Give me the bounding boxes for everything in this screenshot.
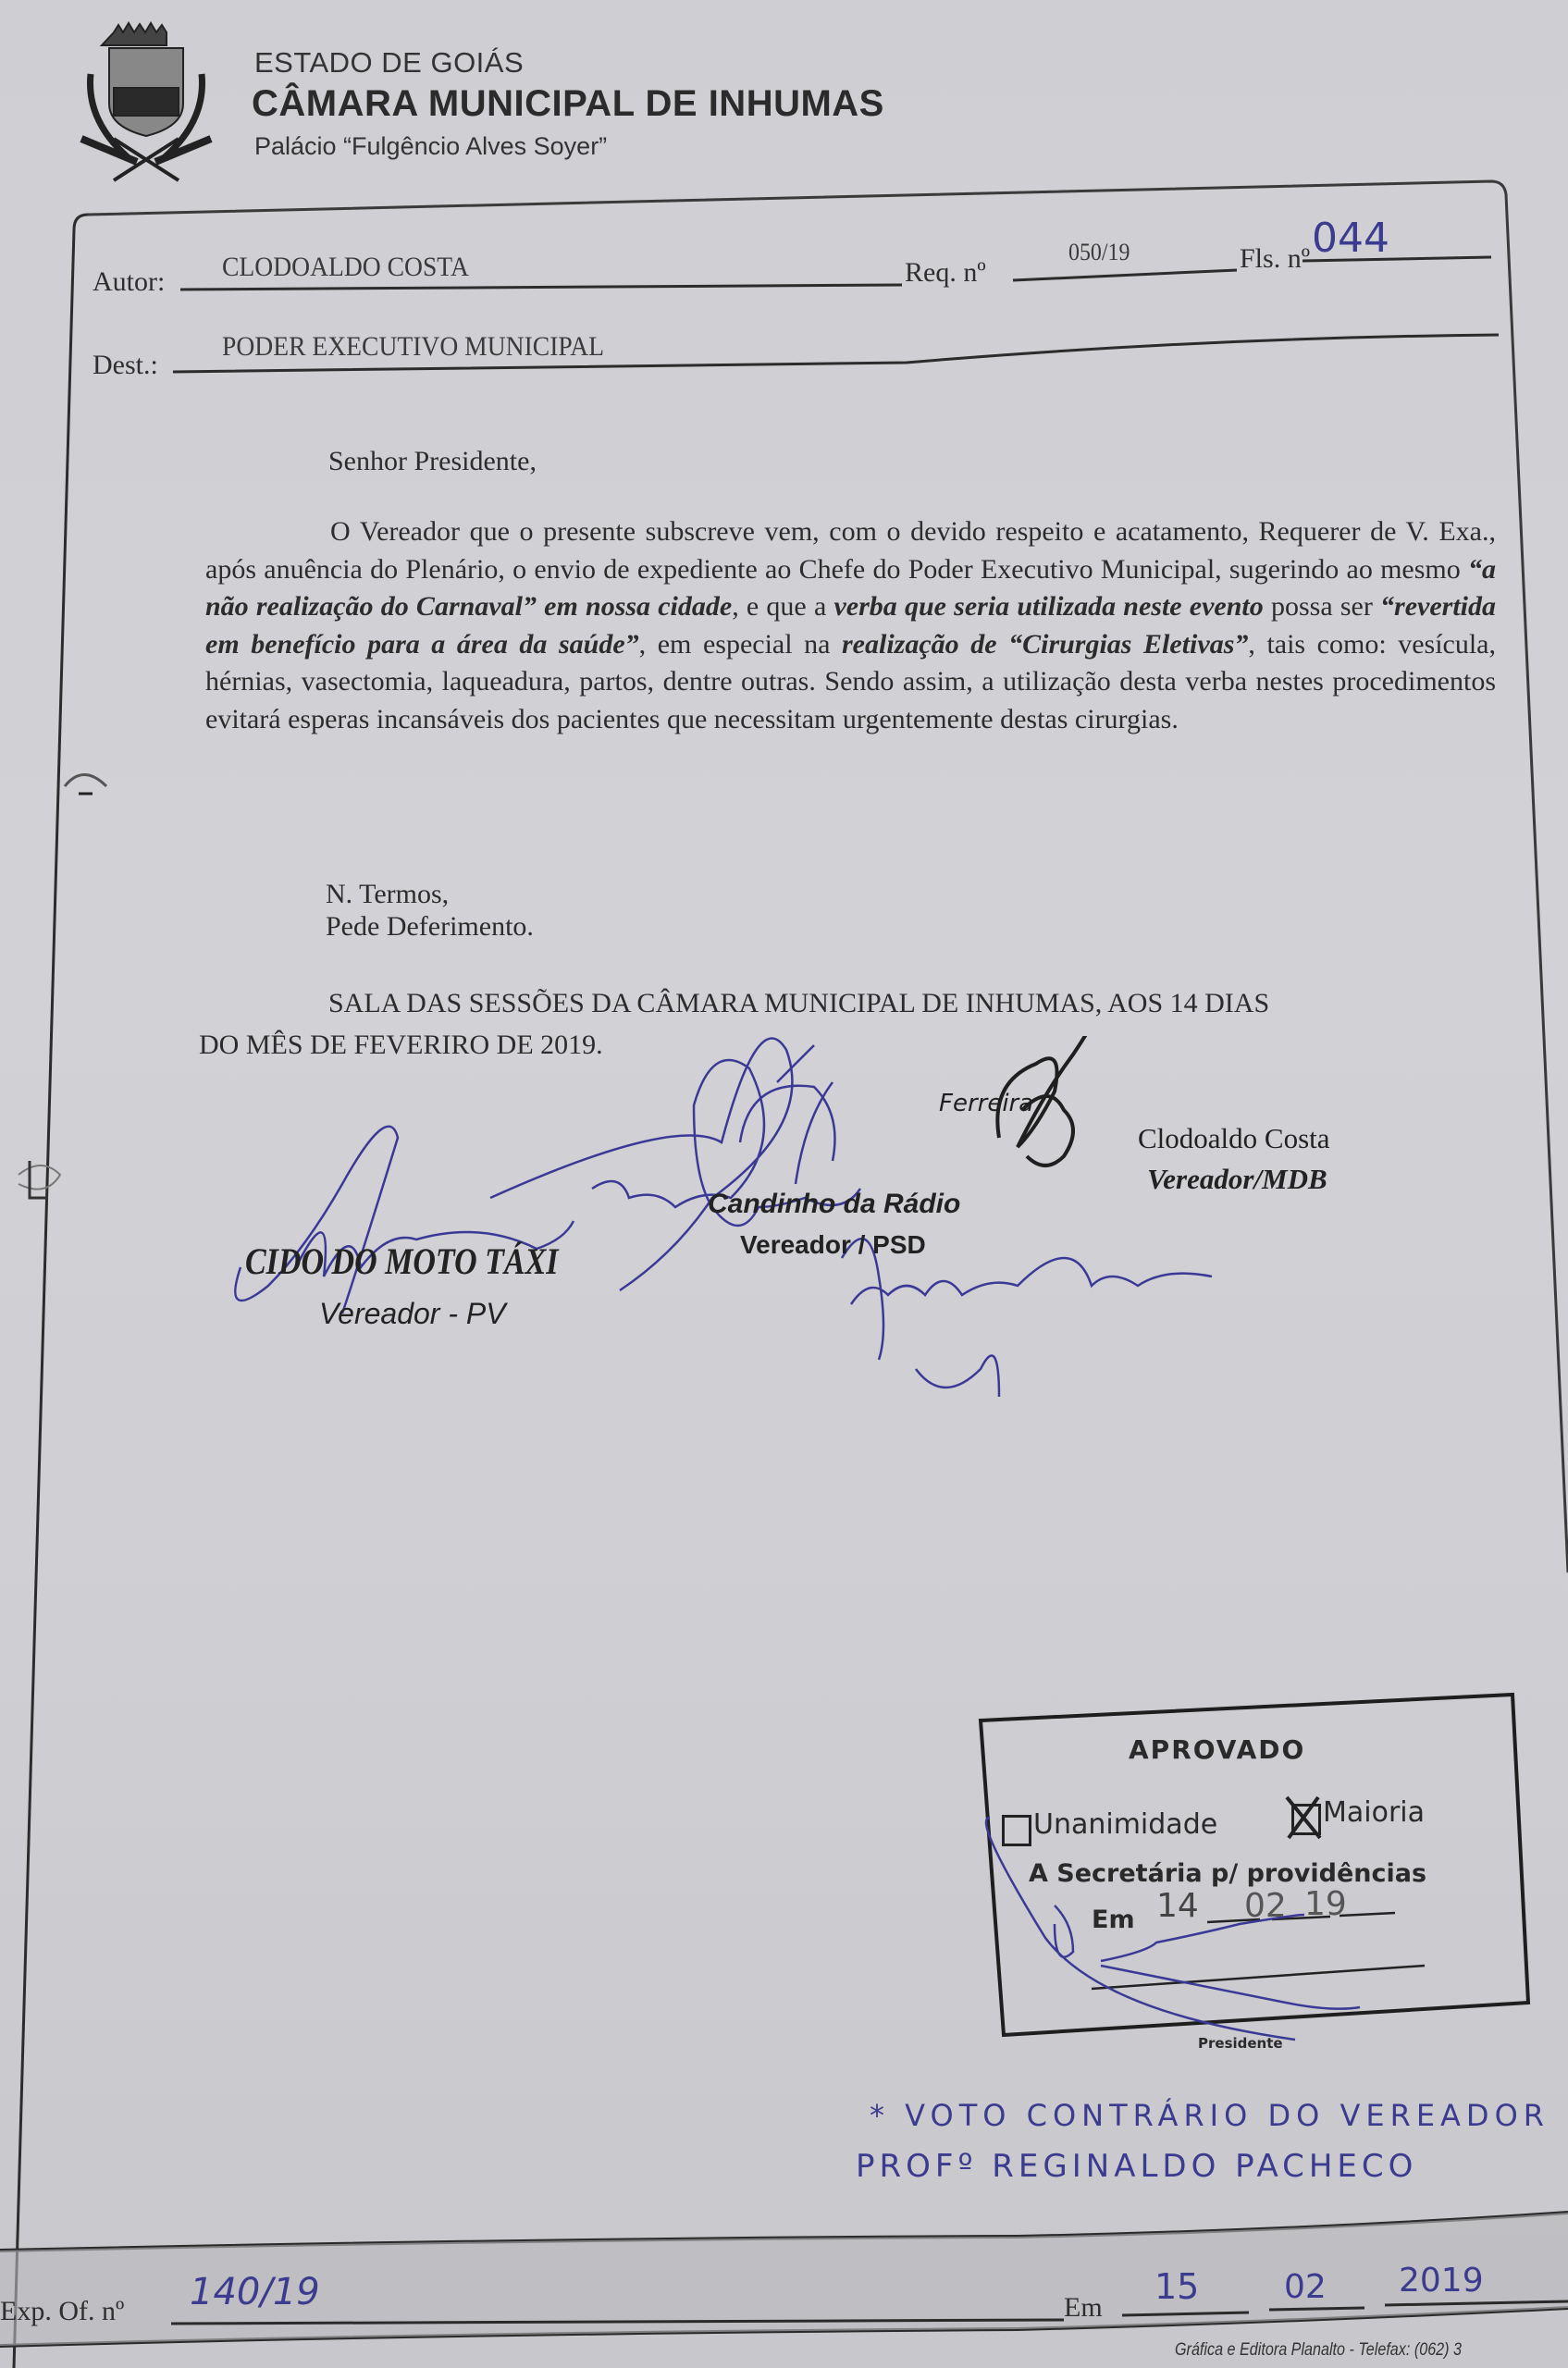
- emphasized-text: realização de “Cirurgias Eletivas”: [842, 629, 1248, 660]
- check-x-icon: [1285, 1795, 1322, 1842]
- fls-value: 044: [1312, 215, 1389, 262]
- salutation: Senhor Presidente,: [328, 446, 537, 477]
- exp-of-label: Exp. Of. nº: [0, 2296, 124, 2327]
- signatory-role-candinho: Vereador / PSD: [740, 1230, 926, 1260]
- signatory-name-candinho: Candinho da Rádio: [708, 1189, 960, 1220]
- unanimity-label: Unanimidade: [1033, 1808, 1217, 1841]
- dest-label: Dest.:: [93, 350, 158, 381]
- closing-request: Pede Deferimento.: [326, 911, 534, 943]
- paragraph-text: possa ser: [1264, 591, 1380, 622]
- letterhead-institution: CÂMARA MUNICIPAL DE INHUMAS: [252, 83, 884, 125]
- dissent-note-line-1: * VOTO CONTRÁRIO DO VEREADOR: [870, 2098, 1549, 2133]
- paragraph-text: , em especial na: [639, 629, 842, 660]
- paragraph-text: O Vereador que o presente subscreve vem,…: [205, 516, 1496, 585]
- signatory-role-cido: Vereador - PV: [319, 1297, 506, 1331]
- emphasized-text: verba que seria utilizada neste evento: [833, 591, 1263, 622]
- autor-label: Autor:: [93, 266, 165, 298]
- signatory-name-clodoaldo: Clodoaldo Costa: [1138, 1122, 1330, 1155]
- letterhead-state: ESTADO DE GOIÁS: [254, 46, 524, 80]
- em-month: 02: [1284, 2268, 1327, 2306]
- letterhead-palace: Palácio “Fulgêncio Alves Soyer”: [254, 132, 607, 161]
- req-value: 050/19: [1068, 239, 1130, 266]
- stamp-date-year: 19: [1304, 1885, 1347, 1923]
- stamp-signer-label: Presidente: [1198, 2035, 1283, 2052]
- paragraph-text: , e que a: [732, 591, 833, 622]
- stamp-title: APROVADO: [1129, 1734, 1305, 1765]
- clodoaldo-handwritten: Ferreira: [939, 1090, 1033, 1117]
- dissent-note-line-2: PROFº REGINALDO PACHECO: [856, 2148, 1417, 2185]
- signatory-role-clodoaldo: Vereador/MDB: [1147, 1163, 1327, 1196]
- stamp-date-month: 02: [1244, 1887, 1287, 1925]
- signatory-name-cido: CIDO DO MOTO TÁXI: [245, 1239, 558, 1283]
- printer-credit: Gráfica e Editora Planalto - Telefax: (0…: [1175, 2340, 1462, 2361]
- request-paragraph: O Vereador que o presente subscreve vem,…: [205, 513, 1496, 738]
- stamp-date-day: 14: [1156, 1887, 1199, 1925]
- em-year: 2019: [1399, 2262, 1484, 2300]
- fls-label: Fls. nº: [1240, 243, 1310, 275]
- autor-value: CLODOALDO COSTA: [222, 252, 469, 283]
- em-label: Em: [1064, 2292, 1103, 2324]
- handwritten-signatures: [185, 1036, 1526, 1406]
- exp-of-value: 140/19: [190, 2271, 320, 2313]
- place-date-line-1: SALA DAS SESSÕES DA CÂMARA MUNICIPAL DE …: [328, 988, 1269, 1019]
- stamp-forward-text: A Secretária p/ providências: [1029, 1859, 1426, 1888]
- municipal-coat-of-arms-icon: [72, 18, 220, 185]
- unanimity-checkbox[interactable]: [1002, 1815, 1031, 1846]
- em-day: 15: [1154, 2266, 1199, 2307]
- majority-checkbox[interactable]: [1291, 1804, 1321, 1835]
- majority-label: Maioria: [1323, 1796, 1425, 1829]
- req-label: Req. nº: [905, 257, 986, 289]
- closing-terms: N. Termos,: [326, 879, 449, 910]
- dest-value: PODER EXECUTIVO MUNICIPAL: [222, 331, 604, 363]
- stamp-date-label: Em: [1092, 1905, 1135, 1934]
